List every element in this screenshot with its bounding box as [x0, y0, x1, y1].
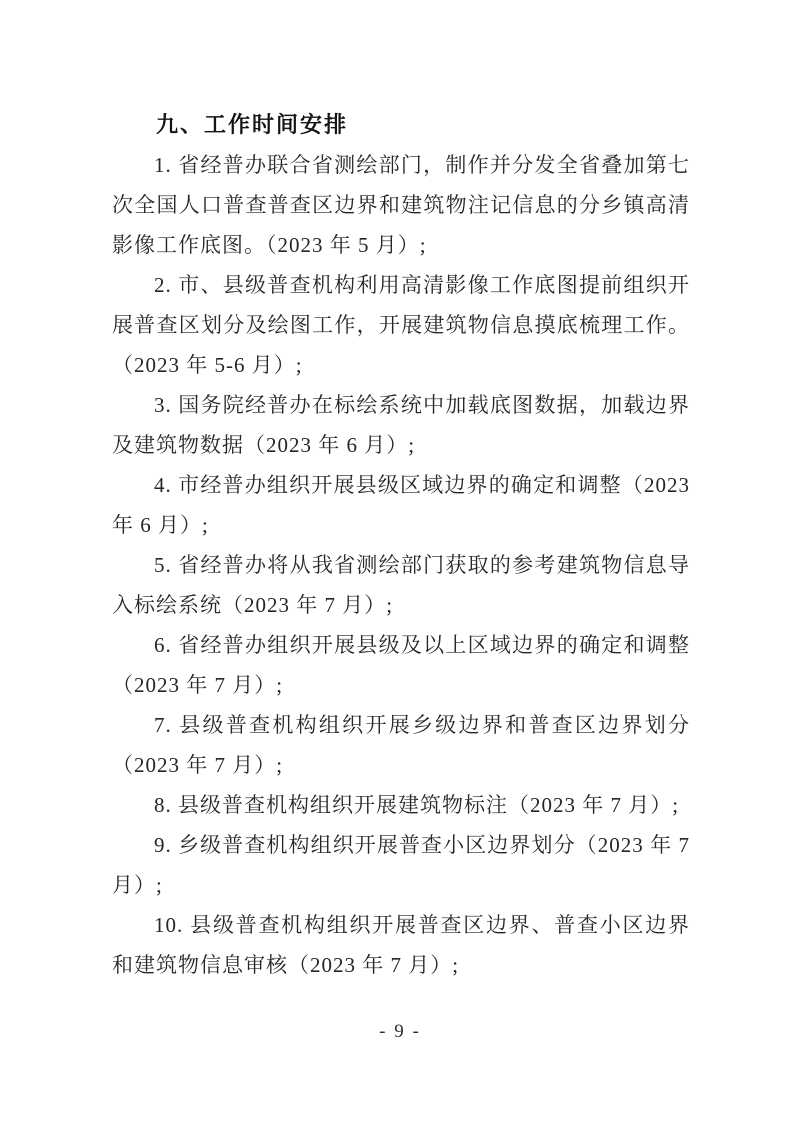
paragraph-2: 2. 市、县级普查机构利用高清影像工作底图提前组织开展普查区划分及绘图工作，开展… — [112, 265, 690, 385]
document-page: 九、工作时间安排 1. 省经普办联合省测绘部门，制作并分发全省叠加第七次全国人口… — [0, 0, 800, 1131]
paragraph-8: 8. 县级普查机构组织开展建筑物标注（2023 年 7 月）; — [112, 785, 690, 825]
paragraph-6: 6. 省经普办组织开展县级及以上区域边界的确定和调整（2023 年 7 月）; — [112, 625, 690, 705]
paragraph-1: 1. 省经普办联合省测绘部门，制作并分发全省叠加第七次全国人口普查普查区边界和建… — [112, 145, 690, 265]
page-number: - 9 - — [0, 1020, 800, 1044]
paragraph-3: 3. 国务院经普办在标绘系统中加载底图数据，加载边界及建筑物数据（2023 年 … — [112, 385, 690, 465]
paragraph-9: 9. 乡级普查机构组织开展普查小区边界划分（2023 年 7 月）; — [112, 825, 690, 905]
document-body: 九、工作时间安排 1. 省经普办联合省测绘部门，制作并分发全省叠加第七次全国人口… — [112, 105, 690, 985]
paragraph-10: 10. 县级普查机构组织开展普查区边界、普查小区边界和建筑物信息审核（2023 … — [112, 905, 690, 985]
paragraph-4: 4. 市经普办组织开展县级区域边界的确定和调整（2023 年 6 月）; — [112, 465, 690, 545]
paragraph-5: 5. 省经普办将从我省测绘部门获取的参考建筑物信息导入标绘系统（2023 年 7… — [112, 545, 690, 625]
paragraph-7: 7. 县级普查机构组织开展乡级边界和普查区边界划分（2023 年 7 月）; — [112, 705, 690, 785]
section-heading: 九、工作时间安排 — [112, 105, 690, 145]
